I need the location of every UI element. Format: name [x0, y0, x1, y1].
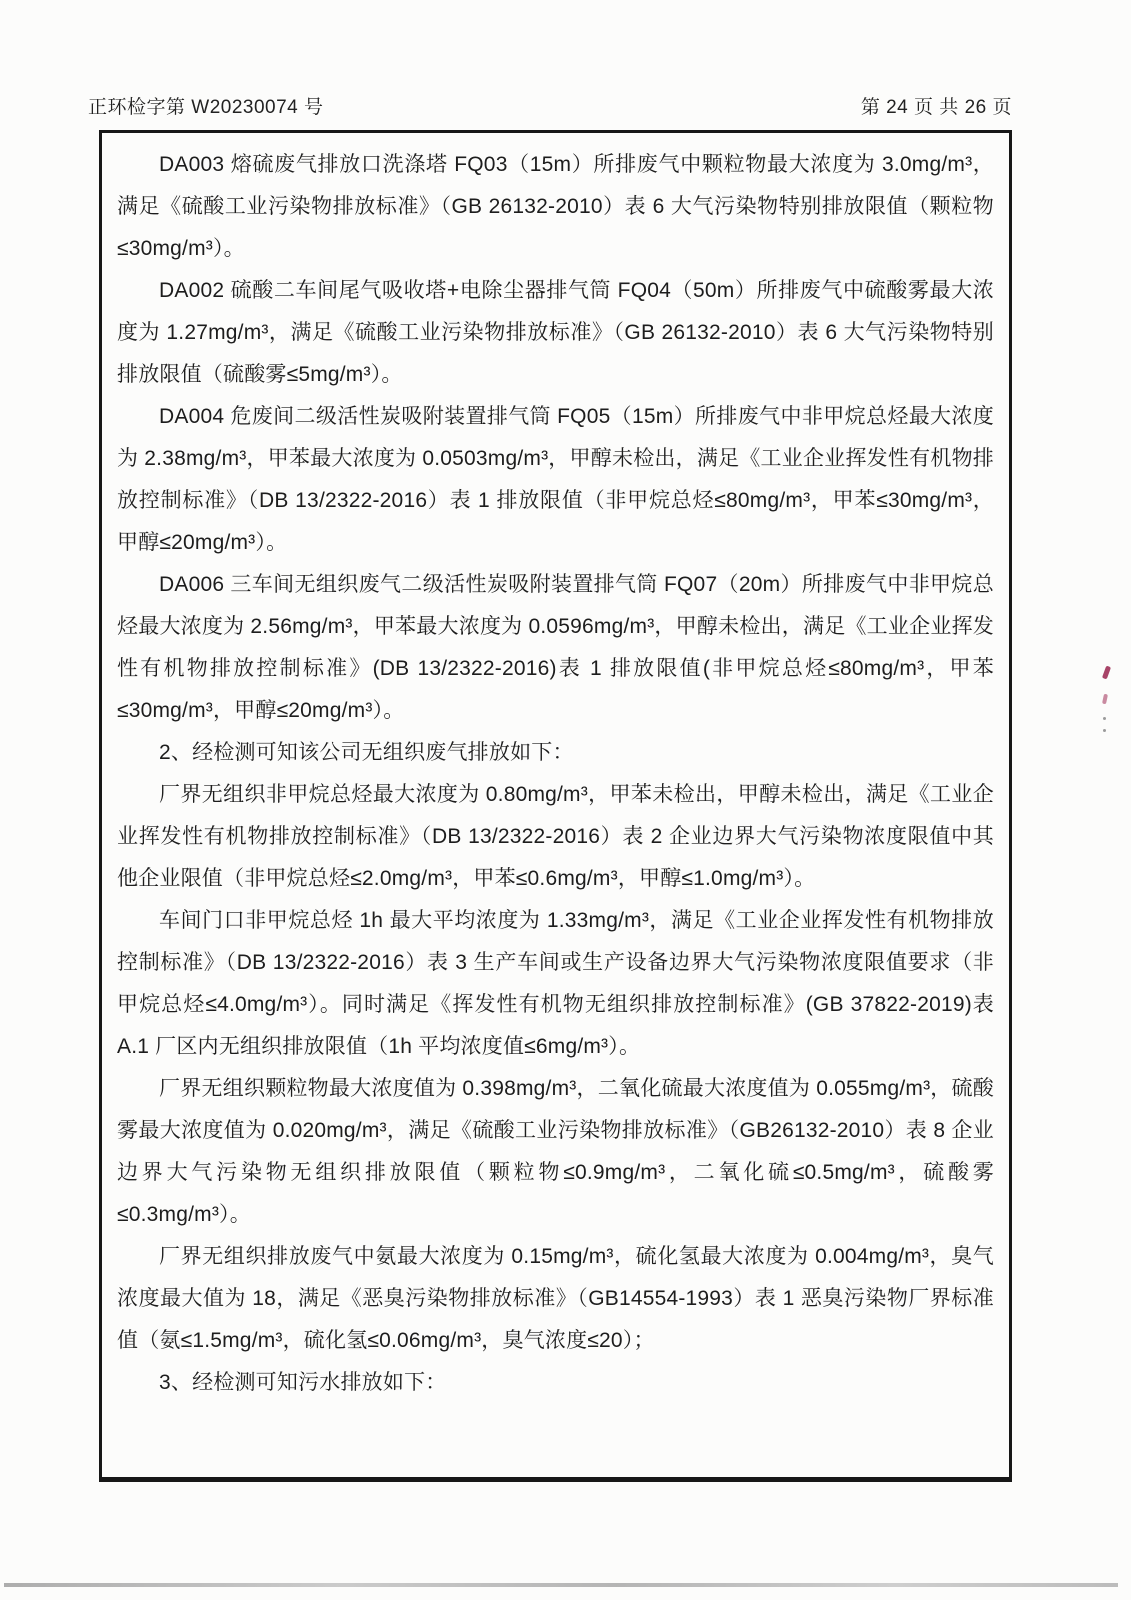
paragraph-da002: DA002 硫酸二车间尾气吸收塔+电除尘器排气筒 FQ04（50m）所排废气中硫… [117, 270, 994, 396]
paragraph-fugitive-nmhc: 厂界无组织非甲烷总烃最大浓度为 0.80mg/m³，甲苯未检出，甲醇未检出，满足… [117, 774, 994, 900]
paragraph-da006: DA006 三车间无组织废气二级活性炭吸附装置排气筒 FQ07（20m）所排废气… [117, 564, 994, 732]
ink-dot [1103, 729, 1106, 732]
paragraph-workshop-door-nmhc: 车间门口非甲烷总烃 1h 最大平均浓度为 1.33mg/m³，满足《工业企业挥发… [117, 900, 994, 1068]
paragraph-fugitive-particulate: 厂界无组织颗粒物最大浓度值为 0.398mg/m³，二氧化硫最大浓度值为 0.0… [117, 1068, 994, 1236]
scanned-report-page: 正环检字第 W20230074 号 第 24 页 共 26 页 DA003 熔硫… [0, 0, 1131, 1600]
scanner-edge-artifact [4, 1583, 1118, 1587]
paragraph-fugitive-odor: 厂界无组织排放废气中氨最大浓度为 0.15mg/m³，硫化氢最大浓度为 0.00… [117, 1236, 994, 1362]
document-body-frame: DA003 熔硫废气排放口洗涤塔 FQ03（15m）所排废气中颗粒物最大浓度为 … [99, 130, 1012, 1482]
paragraph-da004: DA004 危废间二级活性炭吸附装置排气筒 FQ05（15m）所排废气中非甲烷总… [117, 396, 994, 564]
report-number: 正环检字第 W20230074 号 [88, 92, 324, 119]
paragraph-da003: DA003 熔硫废气排放口洗涤塔 FQ03（15m）所排废气中颗粒物最大浓度为 … [117, 144, 994, 270]
page-header: 正环检字第 W20230074 号 第 24 页 共 26 页 [88, 92, 1012, 119]
red-ink-mark [1102, 666, 1111, 680]
paragraph-section-3-heading: 3、经检测可知污水排放如下： [117, 1362, 994, 1404]
red-ink-mark [1102, 694, 1108, 705]
ink-dot [1103, 717, 1106, 720]
paragraph-section-2-heading: 2、经检测可知该公司无组织废气排放如下： [117, 732, 994, 774]
page-indicator: 第 24 页 共 26 页 [861, 92, 1012, 119]
